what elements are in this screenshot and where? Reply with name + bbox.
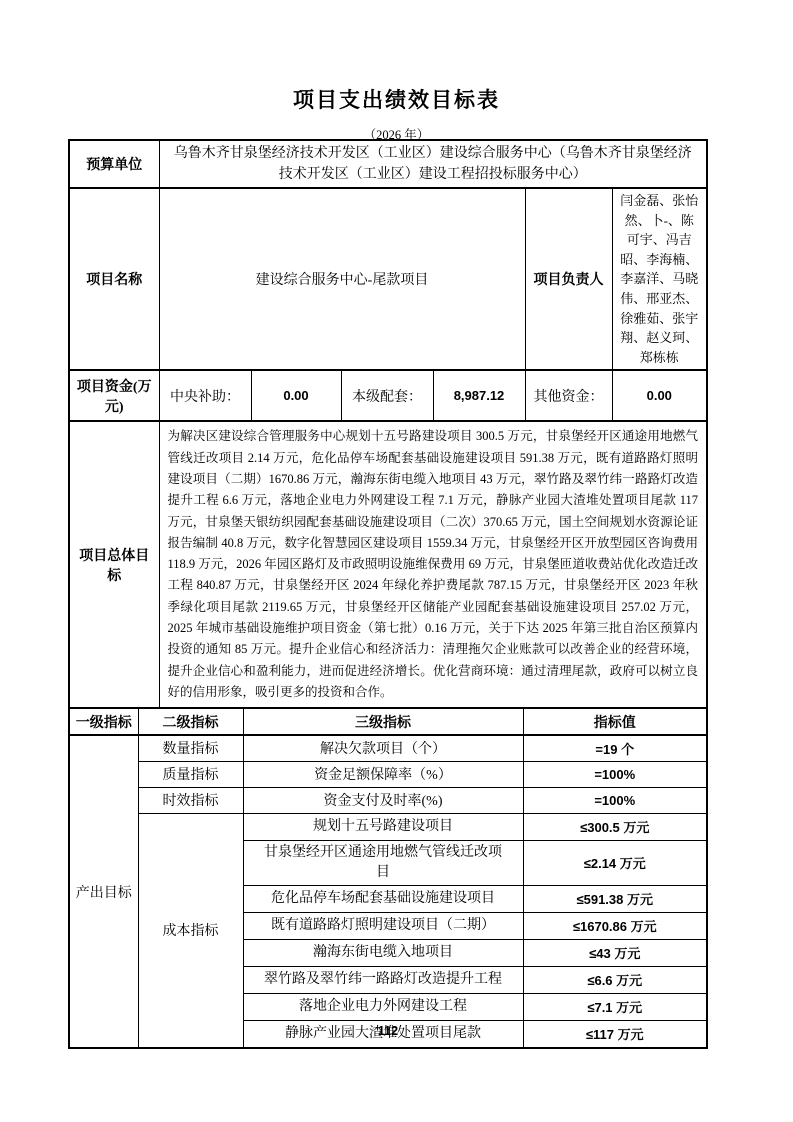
- indicator-row-timeliness: 时效指标 资金支付及时率(%) =100%: [70, 787, 706, 813]
- cost-item-4: 瀚海东街电缆入地项目: [243, 939, 523, 966]
- project-name-value: 建设综合服务中心-尾款项目: [159, 188, 525, 370]
- indicator-row-quality: 质量指标 资金足额保障率（%） =100%: [70, 761, 706, 787]
- page-title: 项目支出绩效目标表: [0, 0, 793, 114]
- cost-value-1: ≤2.14 万元: [523, 840, 706, 885]
- overall-goal-row: 项目总体目标 为解决区建设综合管理服务中心规划十五号路建设项目 300.5 万元…: [70, 421, 706, 708]
- level2-cost: 成本指标: [138, 813, 243, 1047]
- level1-output-goal: 产出目标: [70, 735, 138, 1047]
- cost-value-4: ≤43 万元: [523, 939, 706, 966]
- cost-item-1: 甘泉堡经开区通途用地燃气管线迁改项目: [243, 840, 523, 885]
- value-timeliness: =100%: [523, 787, 706, 813]
- local-matching-label: 本级配套：: [341, 370, 433, 421]
- cost-item-3: 既有道路路灯照明建设项目（二期）: [243, 912, 523, 939]
- overall-goal-label: 项目总体目标: [70, 421, 159, 708]
- cost-value-6: ≤7.1 万元: [523, 993, 706, 1020]
- budget-unit-value: 乌鲁木齐甘泉堡经济技术开发区（工业区）建设综合服务中心（乌鲁木齐甘泉堡经济技术开…: [159, 141, 706, 188]
- project-leader-label: 项目负责人: [525, 188, 612, 370]
- cost-value-2: ≤591.38 万元: [523, 885, 706, 912]
- header-level2: 二级指标: [138, 709, 243, 735]
- project-name-row: 项目名称 建设综合服务中心-尾款项目 项目负责人 闫金磊、张怡然、卜-、陈可宇、…: [70, 188, 706, 370]
- indicator-row-quantity: 产出目标 数量指标 解决欠款项目（个） =19 个: [70, 735, 706, 761]
- central-subsidy-value: 0.00: [251, 370, 341, 421]
- level3-quantity: 解决欠款项目（个）: [243, 735, 523, 761]
- cost-value-5: ≤6.6 万元: [523, 966, 706, 993]
- indicators-table: 一级指标 二级指标 三级指标 指标值 产出目标 数量指标 解决欠款项目（个） =…: [70, 709, 706, 1047]
- level3-timeliness: 资金支付及时率(%): [243, 787, 523, 813]
- level2-quality: 质量指标: [138, 761, 243, 787]
- value-quantity: =19 个: [523, 735, 706, 761]
- cost-value-0: ≤300.5 万元: [523, 813, 706, 840]
- other-funds-label: 其他资金：: [525, 370, 612, 421]
- performance-target-table: 预算单位 乌鲁木齐甘泉堡经济技术开发区（工业区）建设综合服务中心（乌鲁木齐甘泉堡…: [68, 139, 708, 1049]
- funds-label: 项目资金(万元): [70, 370, 159, 421]
- cost-item-2: 危化品停车场配套基础设施建设项目: [243, 885, 523, 912]
- project-info-table: 预算单位 乌鲁木齐甘泉堡经济技术开发区（工业区）建设综合服务中心（乌鲁木齐甘泉堡…: [70, 141, 706, 709]
- other-funds-value: 0.00: [612, 370, 706, 421]
- project-name-label: 项目名称: [70, 188, 159, 370]
- cost-row-0: 成本指标 规划十五号路建设项目 ≤300.5 万元: [70, 813, 706, 840]
- cost-item-5: 翠竹路及翠竹纬一路路灯改造提升工程: [243, 966, 523, 993]
- local-matching-value: 8,987.12: [433, 370, 525, 421]
- project-leaders-value: 闫金磊、张怡然、卜-、陈可宇、冯吉昭、李海楠、李嘉洋、马晓伟、邢亚杰、徐雅茹、张…: [612, 188, 706, 370]
- header-level1: 一级指标: [70, 709, 138, 735]
- overall-goal-text: 为解决区建设综合管理服务中心规划十五号路建设项目 300.5 万元，甘泉堡经开区…: [159, 421, 706, 708]
- header-value: 指标值: [523, 709, 706, 735]
- value-quality: =100%: [523, 761, 706, 787]
- level3-quality: 资金足额保障率（%）: [243, 761, 523, 787]
- document-page: 项目支出绩效目标表 （2026 年） 预算单位 乌鲁木齐甘泉堡经济技术开发区（工…: [0, 0, 793, 1122]
- cost-item-6: 落地企业电力外网建设工程: [243, 993, 523, 1020]
- level2-quantity: 数量指标: [138, 735, 243, 761]
- budget-unit-row: 预算单位 乌鲁木齐甘泉堡经济技术开发区（工业区）建设综合服务中心（乌鲁木齐甘泉堡…: [70, 141, 706, 188]
- indicator-header-row: 一级指标 二级指标 三级指标 指标值: [70, 709, 706, 735]
- cost-value-3: ≤1670.86 万元: [523, 912, 706, 939]
- page-number: 112: [68, 1024, 708, 1038]
- level2-timeliness: 时效指标: [138, 787, 243, 813]
- header-level3: 三级指标: [243, 709, 523, 735]
- cost-item-0: 规划十五号路建设项目: [243, 813, 523, 840]
- project-funds-row: 项目资金(万元) 中央补助： 0.00 本级配套： 8,987.12 其他资金：…: [70, 370, 706, 421]
- budget-unit-label: 预算单位: [70, 141, 159, 188]
- central-subsidy-label: 中央补助：: [159, 370, 251, 421]
